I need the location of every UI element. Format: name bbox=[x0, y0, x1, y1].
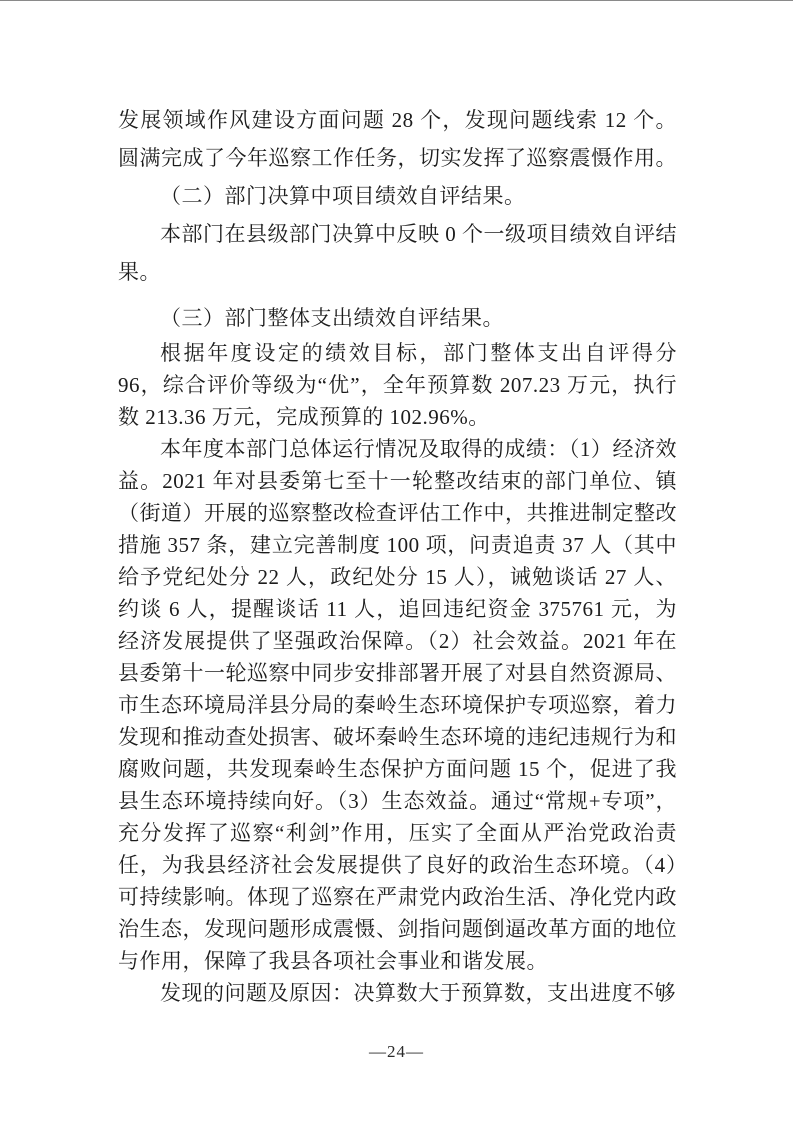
document-body: 发展领域作风建设方面问题 28 个，发现问题线索 12 个。圆满完成了今年巡察工… bbox=[118, 101, 677, 1009]
continuation-paragraph: 发展领域作风建设方面问题 28 个，发现问题线索 12 个。圆满完成了今年巡察工… bbox=[118, 101, 677, 177]
body-paragraph-achievements: 本年度本部门总体运行情况及取得的成绩：（1）经济效益。2021 年对县委第七至十… bbox=[118, 433, 677, 977]
body-paragraph-problems: 发现的问题及原因：决算数大于预算数，支出进度不够 bbox=[118, 977, 677, 1009]
body-paragraph-overall-score: 根据年度设定的绩效目标，部门整体支出自评得分 96，综合评价等级为“优”，全年预… bbox=[118, 337, 677, 433]
body-paragraph-project-selfeval: 本部门在县级部门决算中反映 0 个一级项目绩效自评结果。 bbox=[118, 215, 677, 291]
section-heading-2: （二）部门决算中项目绩效自评结果。 bbox=[118, 177, 677, 215]
page-number: —24— bbox=[0, 1042, 793, 1062]
document-page: 发展领域作风建设方面问题 28 个，发现问题线索 12 个。圆满完成了今年巡察工… bbox=[0, 0, 793, 1122]
section-heading-3: （三）部门整体支出绩效自评结果。 bbox=[118, 299, 677, 337]
